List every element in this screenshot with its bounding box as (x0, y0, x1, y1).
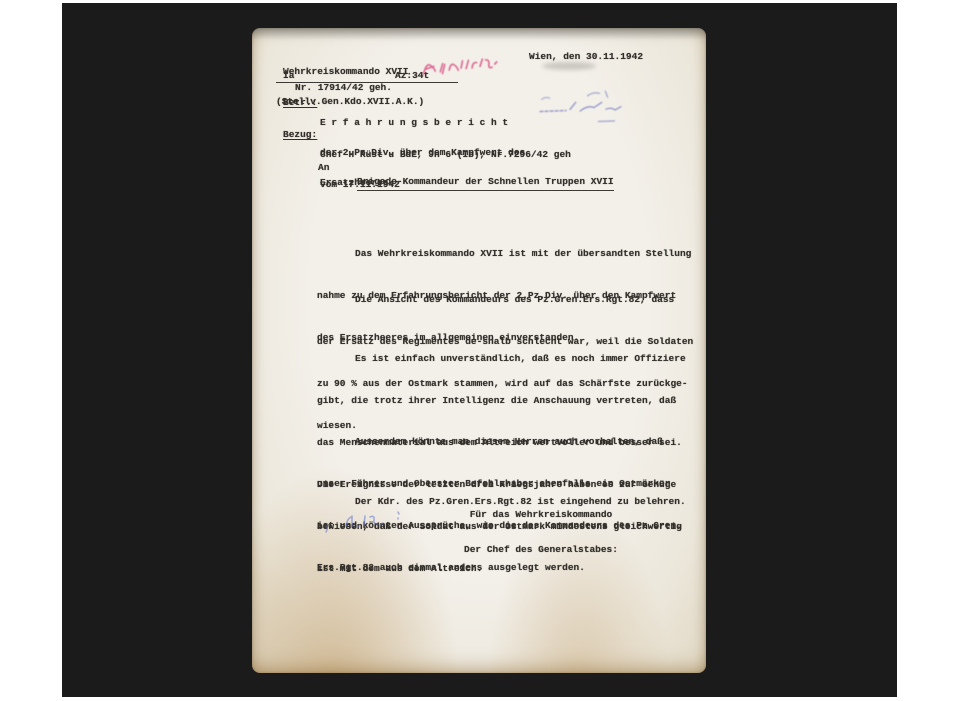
place-date: Wien, den 30.11.1942 (529, 52, 643, 62)
photo-frame: Wehrkreiskommando XVII (Stellv.Gen.Kdo.X… (62, 3, 897, 697)
salutation: An (318, 163, 329, 173)
pencil-smudge (542, 62, 596, 70)
blue-pencil-strokes (318, 504, 428, 538)
addressee: Brigade-Kommandeur der Schnellen Truppen… (357, 177, 614, 191)
bezug-line: Chef H Rüst u BdE, Jn 6 (Ib), Nr.7296/42… (320, 150, 571, 160)
red-ink-stamp-strokes (419, 50, 503, 83)
bezug-text: Chef H Rüst u BdE, Jn 6 (Ib), Nr.7296/42… (320, 130, 571, 210)
bezug-label: Bezug: (283, 130, 317, 140)
bezug-block: Bezug: Chef H Rüst u BdE, Jn 6 (Ib), Nr.… (283, 130, 623, 152)
body-line: gibt, die trotz ihrer Intelligenz die An… (317, 394, 703, 408)
closing-block: Für das Wehrkreiskommando Der Chef des G… (460, 486, 622, 578)
blue-pencil-note (318, 504, 428, 538)
closing-line: Der Chef des Generalstabes: (460, 544, 622, 556)
body-line: Die Ansicht des Kommandeurs des Pz.Gren.… (317, 293, 703, 307)
purple-pencil-note (535, 84, 631, 133)
red-ink-stamp (419, 50, 503, 83)
document-page: Wehrkreiskommando XVII (Stellv.Gen.Kdo.X… (252, 28, 706, 673)
closing-line: Für das Wehrkreiskommando (460, 509, 622, 521)
betreff-line: E r f a h r u n g s b e r i c h t (320, 118, 525, 128)
body-line: Das Wehrkreiskommando XVII ist mit der ü… (317, 247, 703, 261)
betreff-label: Betr.: (283, 98, 317, 108)
section-ref: Ia (283, 71, 294, 81)
scan-viewer: Wehrkreiskommando XVII (Stellv.Gen.Kdo.X… (0, 0, 957, 701)
document-number: Nr. 17914/42 geh. (295, 83, 392, 93)
body-line: Ausserdem könnte man diesem Herren auch … (317, 435, 703, 449)
purple-pencil-strokes (535, 84, 631, 133)
body-line: Es ist einfach unverständlich, daß es no… (317, 352, 703, 366)
